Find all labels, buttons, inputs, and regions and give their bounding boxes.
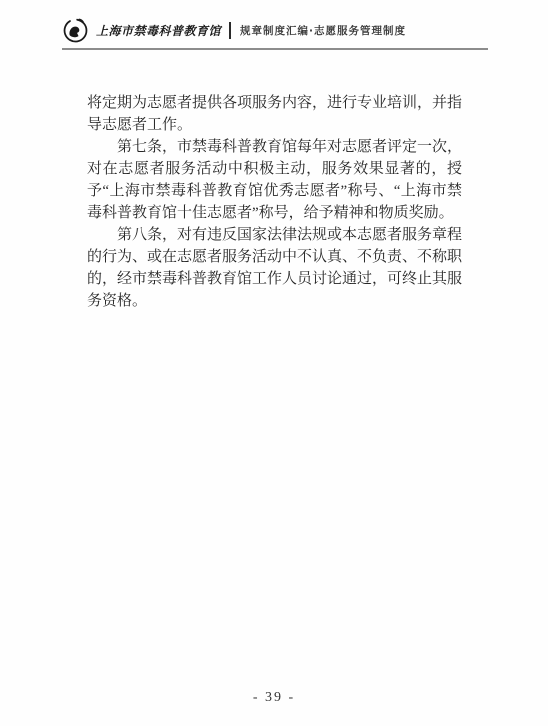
document-body: 将定期为志愿者提供各项服务内容，进行专业培训，并指导志愿者工作。 第七条，市禁毒… [87, 92, 462, 312]
page-footer: - 39 - [0, 688, 548, 706]
header-section-title: 规章制度汇编·志愿服务管理制度 [240, 23, 406, 38]
document-page: 上海市禁毒科普教育馆 规章制度汇编·志愿服务管理制度 将定期为志愿者提供各项服务… [0, 0, 548, 726]
header-site-name: 上海市禁毒科普教育馆 [96, 22, 221, 39]
body-paragraph: 将定期为志愿者提供各项服务内容，进行专业培训，并指导志愿者工作。 [87, 92, 462, 136]
header-divider [229, 22, 231, 39]
museum-emblem-icon [62, 17, 89, 44]
body-paragraph: 第七条，市禁毒科普教育馆每年对志愿者评定一次，对在志愿者服务活动中积极主动，服务… [87, 136, 462, 224]
body-paragraph: 第八条，对有违反国家法律法规或本志愿者服务章程的行为、或在志愿者服务活动中不认真… [87, 224, 462, 312]
page-number: - 39 - [253, 690, 295, 705]
header-rule [62, 48, 488, 50]
page-header: 上海市禁毒科普教育馆 规章制度汇编·志愿服务管理制度 [62, 14, 488, 46]
